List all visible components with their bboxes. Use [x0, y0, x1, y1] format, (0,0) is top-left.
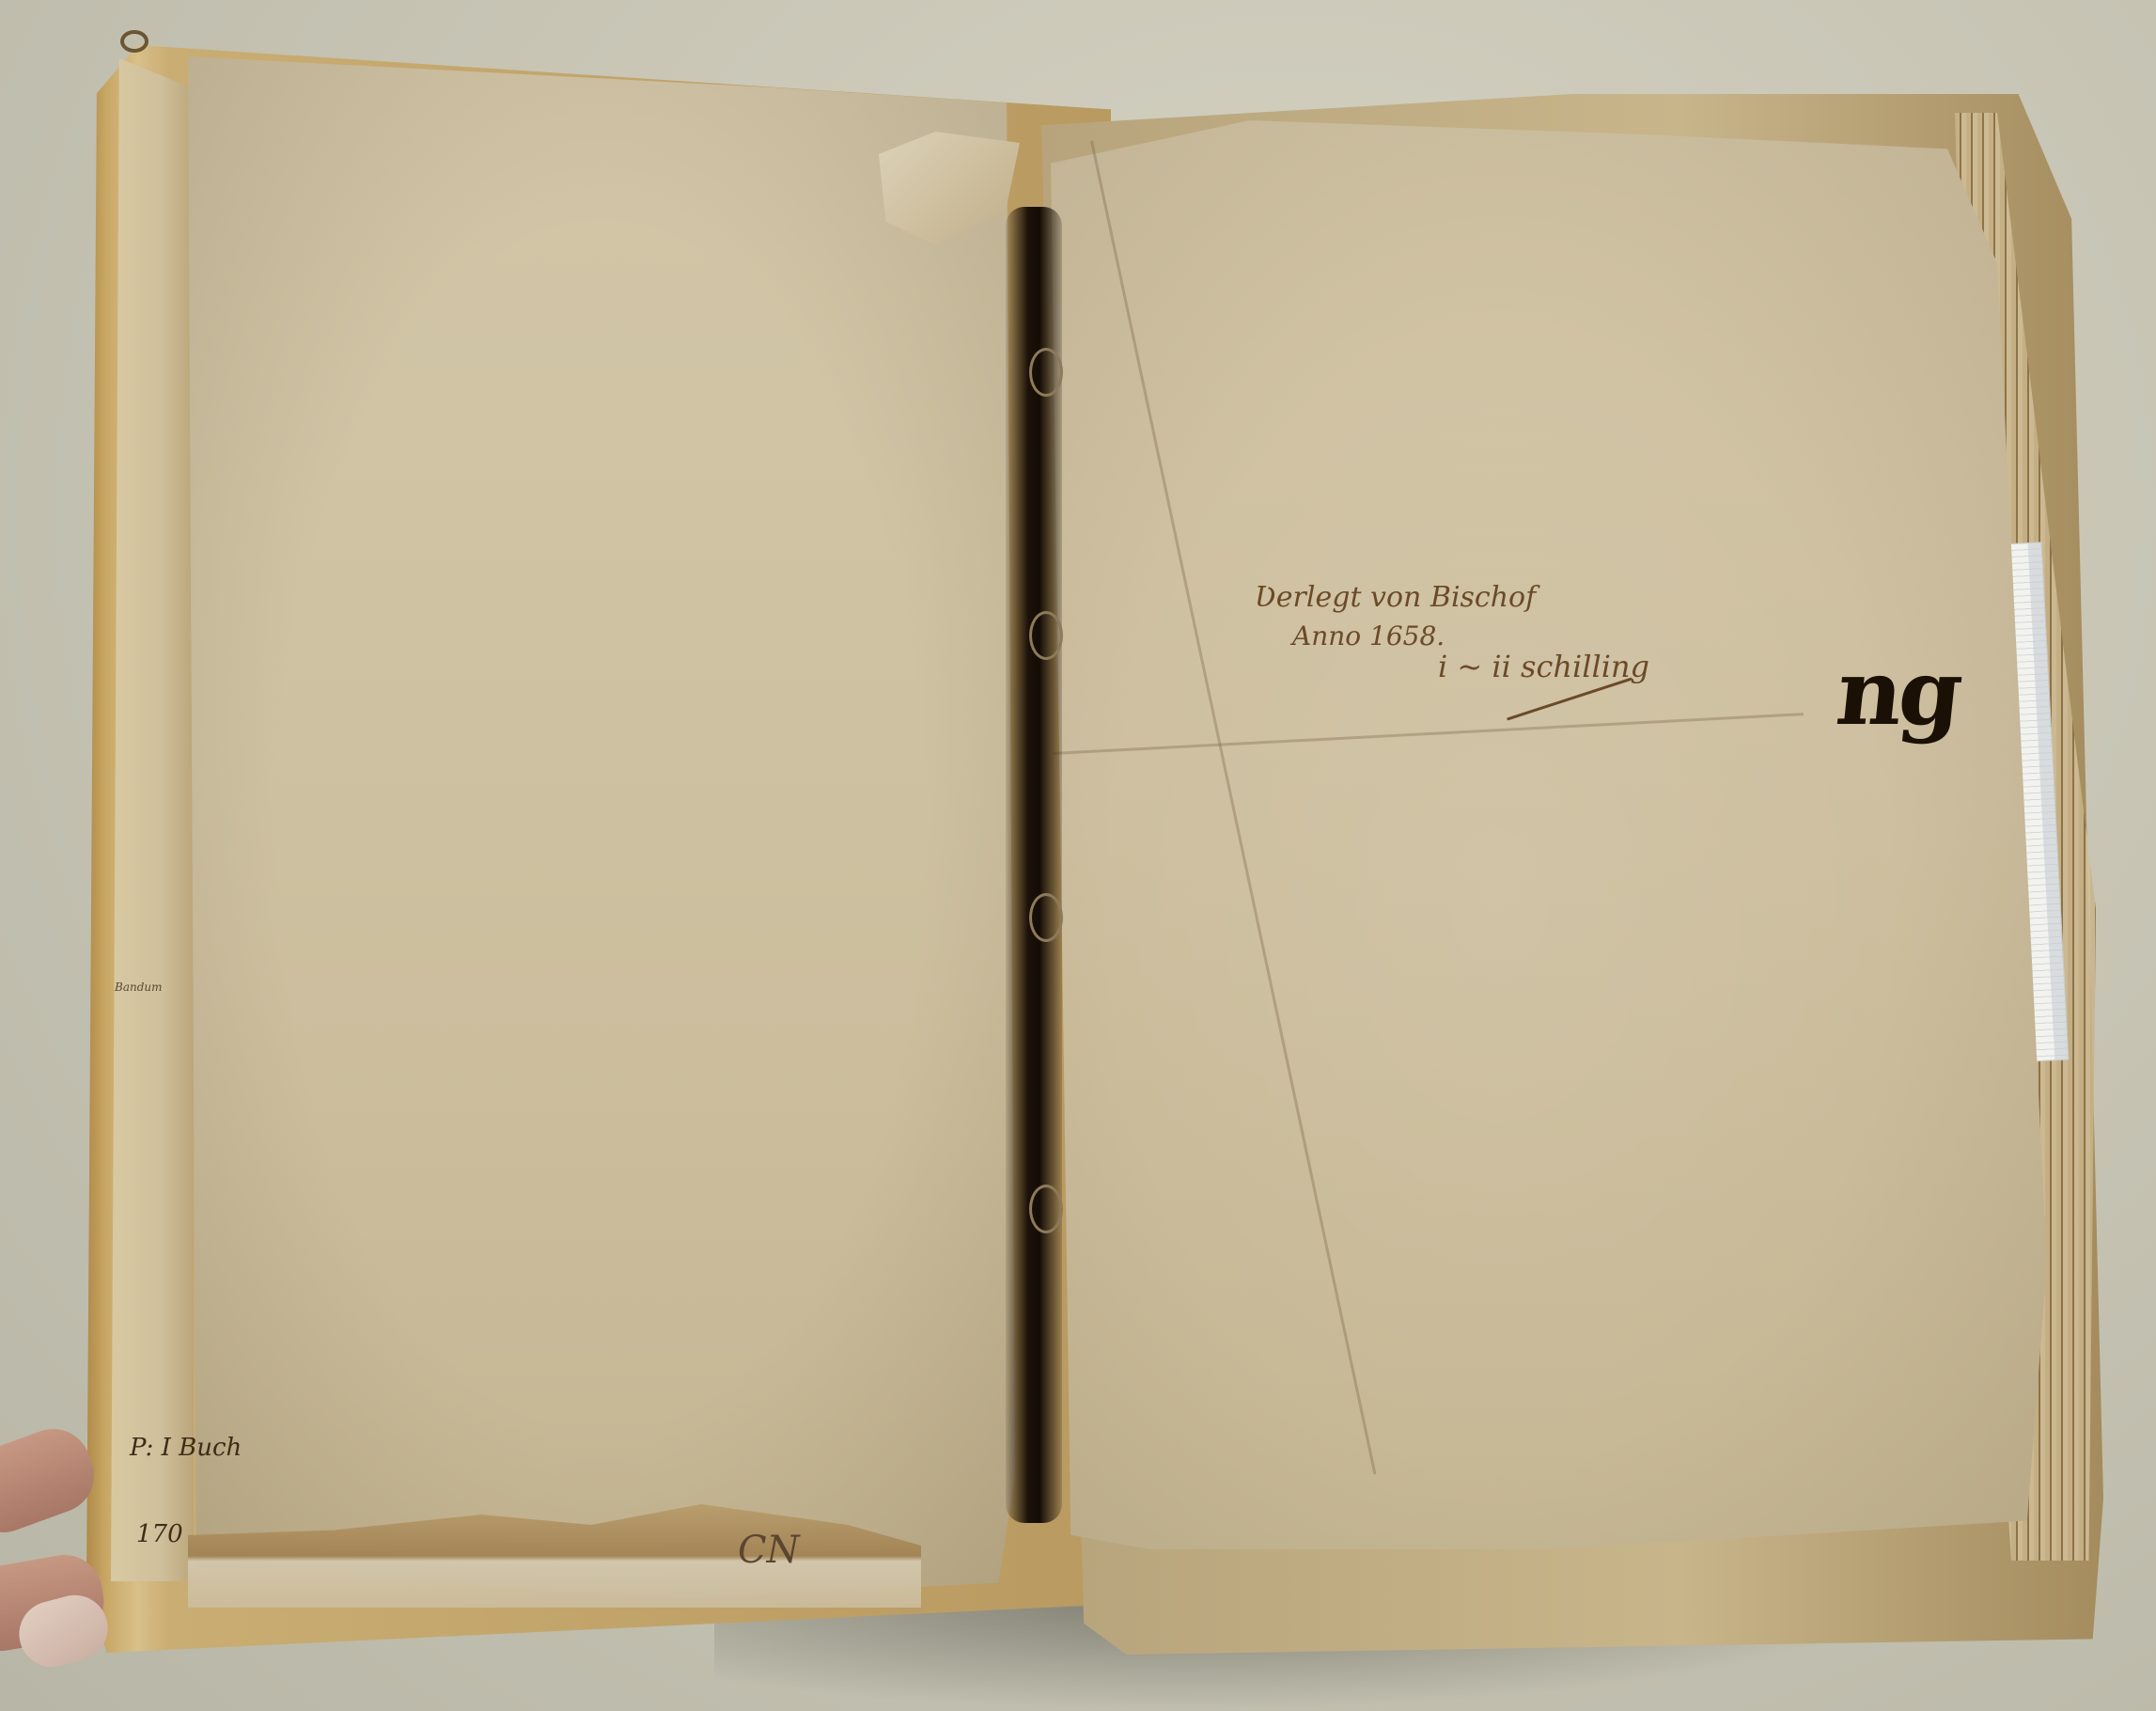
inscription-line-2: Anno 1658. [1292, 620, 1445, 651]
spine-gutter [1006, 207, 1062, 1523]
inscription-line-3: i ~ ii schilling [1438, 649, 1649, 684]
monogram: CN [738, 1529, 800, 1572]
margin-note: Bandum [115, 981, 163, 994]
sewing-thread [1029, 611, 1063, 660]
sewing-thread [1029, 893, 1063, 942]
blackletter-fragment: ng [1832, 639, 1964, 746]
cover-turn-in [111, 58, 194, 1581]
inventory-number: 170 [136, 1520, 183, 1548]
sewing-thread [1029, 348, 1063, 397]
right-flyleaf [1051, 120, 2047, 1549]
photo-scene: 0 1 2 3 4 5 6 7 8 ng Ʋerlegt von Bischof… [0, 0, 2156, 1711]
inscription-line-1: Ʋerlegt von Bischof [1255, 581, 1536, 614]
left-pastedown [188, 56, 1015, 1598]
sewing-thread [1029, 1185, 1063, 1233]
shelf-mark: P: I Buch [130, 1434, 242, 1462]
clasp-ring-icon [120, 30, 148, 53]
